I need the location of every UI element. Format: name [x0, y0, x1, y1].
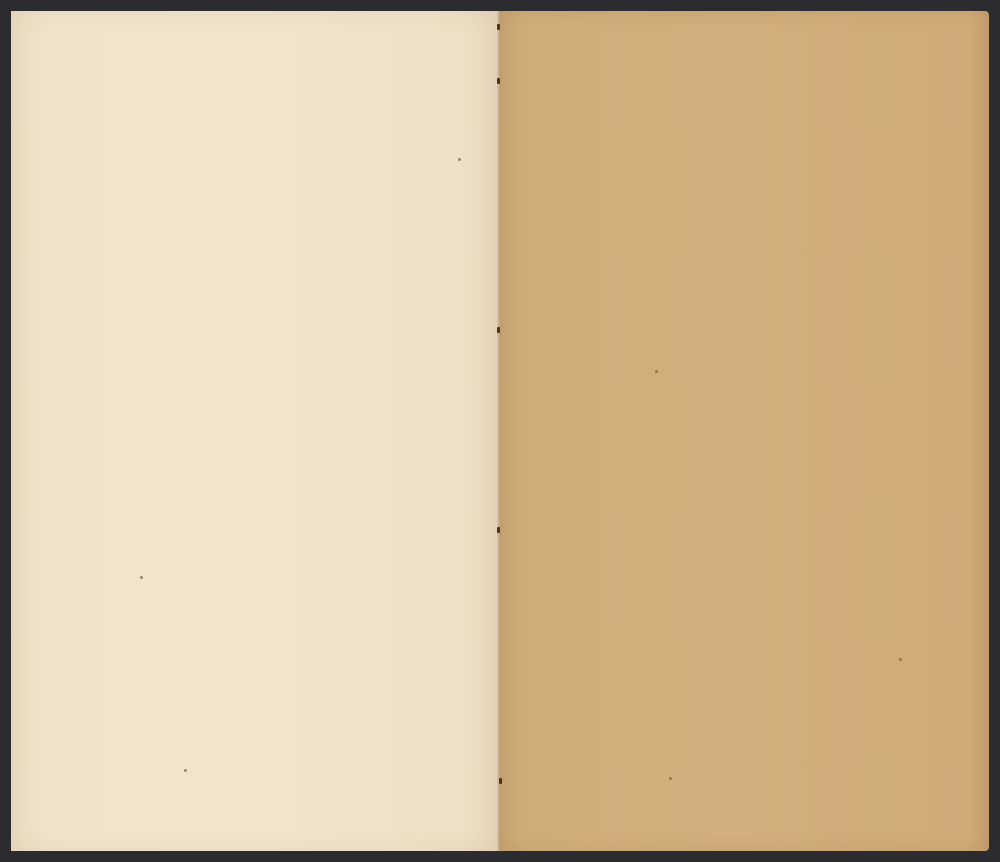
binding-stitch [497, 24, 500, 30]
left-page-blank [11, 11, 499, 851]
paper-speck [655, 370, 658, 373]
binding-stitch [499, 778, 502, 784]
paper-speck [669, 777, 672, 780]
paper-speck [899, 658, 902, 661]
binding-stitch [497, 527, 500, 533]
binding-stitch [497, 78, 500, 84]
paper-speck [458, 158, 461, 161]
binding-stitch [497, 327, 500, 333]
paper-speck [140, 576, 143, 579]
paper-speck [184, 769, 187, 772]
right-page-endpaper [499, 11, 989, 851]
scan-background [0, 0, 1000, 862]
book-gutter [497, 11, 501, 851]
